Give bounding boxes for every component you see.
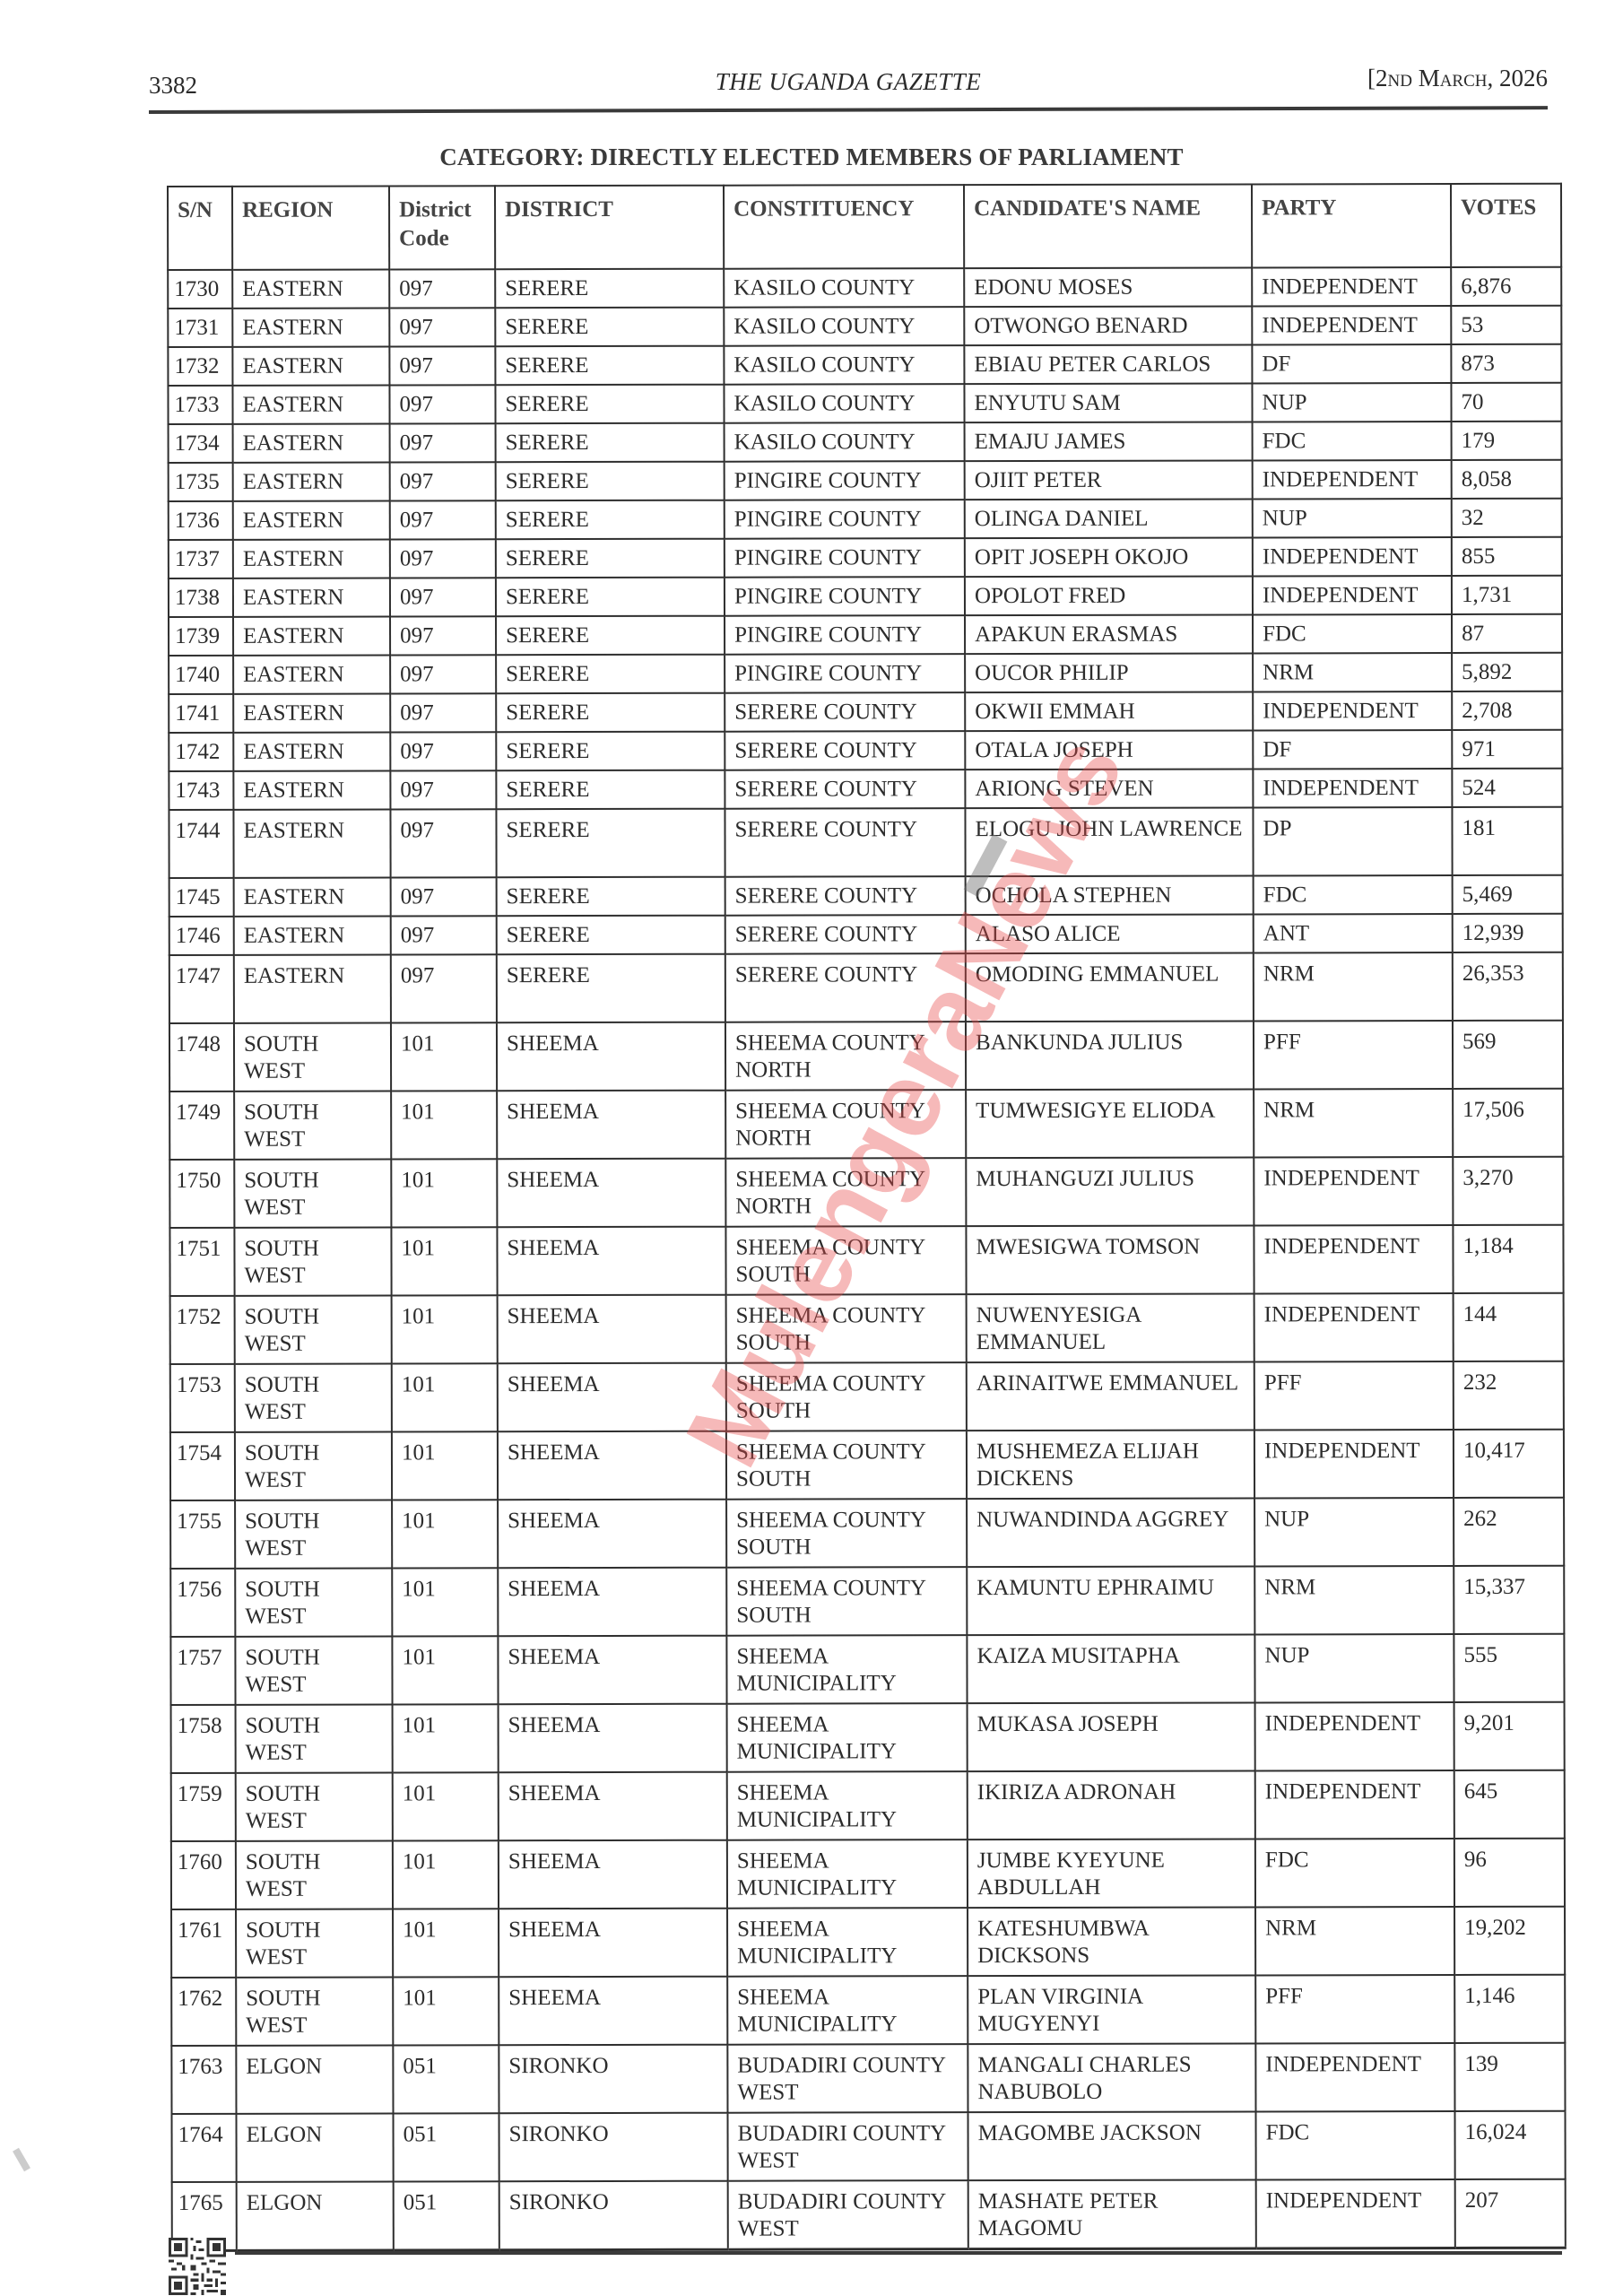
candidate-name-cell: MUHANGUZI JULIUS	[966, 1157, 1254, 1226]
serial-number-cell: 1746	[169, 917, 234, 955]
column-header: PARTY	[1252, 184, 1451, 267]
serial-number-cell: 1740	[169, 656, 233, 694]
votes-cell: 8,058	[1452, 460, 1562, 499]
table-row: 1730EASTERN097SEREREKASILO COUNTYEDONU M…	[168, 267, 1561, 309]
issue-date-bracket: [	[1367, 65, 1376, 91]
candidate-name-cell: MASHATE PETER MAGOMU	[968, 2179, 1256, 2248]
table-row: 1745EASTERN097SERERESERERE COUNTYOCHOLA …	[169, 875, 1563, 917]
constituency-cell: SHEEMA COUNTY NORTH	[725, 1022, 966, 1091]
votes-cell: 645	[1454, 1770, 1565, 1839]
serial-number-cell: 1732	[168, 347, 232, 386]
constituency-cell: SHEEMA COUNTY SOUTH	[726, 1431, 967, 1500]
district-cell: SHEEMA	[498, 1363, 726, 1432]
party-cell: INDEPENDENT	[1253, 576, 1452, 614]
constituency-cell: SHEEMA COUNTY SOUTH	[726, 1499, 967, 1568]
votes-cell: 15,337	[1454, 1566, 1564, 1634]
constituency-cell: KASILO COUNTY	[724, 307, 964, 346]
column-header: CONSTITUENCY	[724, 185, 964, 269]
category-title: CATEGORY: DIRECTLY ELECTED MEMBERS OF PA…	[0, 143, 1623, 171]
district-code-cell: 101	[392, 1363, 498, 1431]
votes-cell: 3,270	[1453, 1157, 1563, 1225]
candidate-name-cell: BANKUNDA JULIUS	[966, 1021, 1254, 1090]
votes-cell: 70	[1451, 383, 1561, 422]
table-row: 1731EASTERN097SEREREKASILO COUNTYOTWONGO…	[168, 306, 1561, 347]
votes-cell: 179	[1452, 422, 1562, 460]
serial-number-cell: 1758	[171, 1705, 236, 1773]
candidate-name-cell: OJIIT PETER	[965, 460, 1253, 500]
district-code-cell: 101	[391, 1159, 497, 1227]
party-cell: DF	[1253, 730, 1452, 769]
district-code-cell: 097	[389, 269, 495, 308]
party-cell: FDC	[1253, 422, 1452, 460]
candidate-name-cell: ARINAITWE EMMANUEL	[967, 1361, 1254, 1431]
district-code-cell: 097	[391, 877, 497, 916]
region-cell: EASTERN	[232, 269, 389, 308]
votes-cell: 19,202	[1454, 1907, 1565, 1975]
district-code-cell: 097	[389, 385, 495, 423]
district-cell: SERERE	[495, 346, 724, 386]
district-cell: SHEEMA	[498, 1568, 726, 1637]
votes-cell: 32	[1452, 499, 1562, 537]
table-row: 1757SOUTH WEST101SHEEMASHEEMA MUNICIPALI…	[170, 1634, 1564, 1705]
serial-number-cell: 1731	[168, 309, 232, 347]
votes-cell: 17,506	[1453, 1089, 1563, 1157]
candidate-name-cell: OUCOR PHILIP	[965, 653, 1253, 692]
region-cell: EASTERN	[234, 877, 391, 916]
serial-number-cell: 1763	[171, 2046, 236, 2114]
party-cell: INDEPENDENT	[1253, 691, 1452, 730]
region-cell: EASTERN	[233, 423, 390, 462]
issue-date-day: 2nd	[1376, 65, 1412, 91]
serial-number-cell: 1752	[170, 1296, 235, 1364]
district-code-cell: 051	[393, 2045, 499, 2113]
region-cell: SOUTH WEST	[234, 1159, 391, 1227]
constituency-cell: SHEEMA MUNICIPALITY	[727, 1976, 968, 2045]
district-cell: SHEEMA	[498, 1500, 726, 1569]
district-code-cell: 097	[390, 616, 496, 655]
votes-cell: 873	[1451, 344, 1561, 383]
candidate-name-cell: MUSHEMEZA ELIJAH DICKENS	[967, 1430, 1254, 1499]
district-cell: SERERE	[497, 877, 725, 917]
party-cell: PFF	[1254, 1021, 1453, 1089]
party-cell: INDEPENDENT	[1255, 1770, 1454, 1839]
votes-cell: 1,146	[1454, 1975, 1565, 2043]
table-row: 1751SOUTH WEST101SHEEMASHEEMA COUNTY SOU…	[169, 1225, 1563, 1296]
district-cell: SERERE	[497, 954, 725, 1023]
candidate-name-cell: OPOLOT FRED	[965, 576, 1253, 615]
district-code-cell: 097	[390, 539, 496, 578]
party-cell: INDEPENDENT	[1253, 537, 1452, 576]
party-cell: PFF	[1254, 1361, 1454, 1430]
party-cell: NRM	[1254, 952, 1453, 1021]
serial-number-cell: 1760	[171, 1841, 236, 1909]
votes-cell: 12,939	[1453, 914, 1563, 952]
column-header: CANDIDATE'S NAME	[964, 184, 1252, 268]
district-code-cell: 101	[393, 1909, 499, 1977]
candidate-name-cell: OTALA JOSEPH	[965, 730, 1253, 770]
serial-number-cell: 1742	[169, 733, 233, 771]
candidate-name-cell: MAGOMBE JACKSON	[968, 2111, 1256, 2180]
table-row: 1735EASTERN097SEREREPINGIRE COUNTYOJIIT …	[169, 460, 1562, 501]
candidate-name-cell: KAIZA MUSITAPHA	[967, 1634, 1254, 1703]
table-row: 1765ELGON051SIRONKOBUDADIRI COUNTY WESTM…	[172, 2179, 1566, 2251]
candidate-name-cell: MUKASA JOSEPH	[968, 1702, 1255, 1771]
district-code-cell: 097	[390, 655, 496, 693]
district-cell: SERERE	[496, 462, 725, 501]
table-row: 1734EASTERN097SEREREKASILO COUNTYEMAJU J…	[169, 422, 1562, 463]
region-cell: ELGON	[237, 2181, 394, 2250]
constituency-cell: PINGIRE COUNTY	[725, 654, 965, 693]
region-cell: SOUTH WEST	[235, 1500, 392, 1568]
region-cell: SOUTH WEST	[236, 1772, 393, 1840]
party-cell: NRM	[1255, 1907, 1454, 1975]
district-cell: SIRONKO	[499, 2113, 728, 2182]
table-row: 1746EASTERN097SERERESERERE COUNTYALASO A…	[169, 914, 1563, 955]
serial-number-cell: 1735	[169, 463, 233, 501]
region-cell: EASTERN	[233, 500, 390, 539]
votes-cell: 9,201	[1454, 1702, 1565, 1770]
serial-number-cell: 1759	[171, 1773, 236, 1841]
constituency-cell: SHEEMA MUNICIPALITY	[727, 1771, 968, 1840]
district-code-cell: 097	[390, 732, 496, 770]
district-cell: SERERE	[496, 655, 725, 694]
table-row: 1739EASTERN097SEREREPINGIRE COUNTYAPAKUN…	[169, 614, 1562, 656]
candidate-name-cell: KATESHUMBWA DICKSONS	[968, 1907, 1255, 1976]
district-cell: SERERE	[496, 578, 725, 617]
district-code-cell: 097	[390, 770, 496, 809]
district-cell: SHEEMA	[497, 1159, 725, 1228]
region-cell: SOUTH WEST	[234, 1091, 391, 1159]
table-row: 1754SOUTH WEST101SHEEMASHEEMA COUNTY SOU…	[170, 1430, 1564, 1500]
serial-number-cell: 1737	[169, 540, 233, 578]
issue-date-year: 2026	[1499, 65, 1548, 91]
district-code-cell: 101	[392, 1295, 498, 1363]
serial-number-cell: 1761	[171, 1909, 236, 1978]
serial-number-cell: 1748	[169, 1023, 234, 1091]
party-cell: INDEPENDENT	[1254, 1157, 1453, 1225]
district-code-cell: 101	[392, 1636, 498, 1704]
district-cell: SERERE	[496, 616, 725, 656]
district-code-cell: 097	[390, 809, 496, 877]
constituency-cell: BUDADIRI COUNTY WEST	[728, 2180, 968, 2249]
district-code-cell: 097	[390, 423, 496, 462]
region-cell: EASTERN	[233, 732, 390, 770]
district-cell: SERERE	[497, 916, 725, 955]
votes-cell: 971	[1452, 730, 1562, 769]
constituency-cell: SHEEMA MUNICIPALITY	[727, 1703, 968, 1772]
district-cell: SHEEMA	[497, 1091, 725, 1160]
constituency-cell: SHEEMA MUNICIPALITY	[726, 1635, 967, 1704]
district-cell: SHEEMA	[498, 1431, 726, 1500]
region-cell: EASTERN	[233, 539, 390, 578]
constituency-cell: BUDADIRI COUNTY WEST	[727, 2044, 968, 2113]
constituency-cell: SERERE COUNTY	[725, 953, 966, 1022]
candidate-name-cell: ARIONG STEVEN	[965, 769, 1253, 808]
table-row: 1748SOUTH WEST101SHEEMASHEEMA COUNTY NOR…	[169, 1021, 1563, 1091]
page-header: 3382 THE UGANDA GAZETTE [2nd March, 2026	[149, 72, 1548, 108]
serial-number-cell: 1749	[169, 1091, 234, 1160]
qr-code-icon	[169, 2238, 226, 2295]
party-cell: INDEPENDENT	[1255, 2043, 1454, 2111]
candidate-name-cell: ENYUTU SAM	[964, 383, 1252, 422]
candidate-name-cell: OTWONGO BENARD	[964, 306, 1252, 345]
votes-cell: 16,024	[1454, 2111, 1565, 2179]
serial-number-cell: 1754	[170, 1432, 235, 1500]
district-code-cell: 097	[391, 916, 497, 954]
table-row: 1740EASTERN097SEREREPINGIRE COUNTYOUCOR …	[169, 653, 1562, 694]
serial-number-cell: 1736	[169, 501, 233, 540]
serial-number-cell: 1734	[169, 424, 233, 463]
district-cell: SHEEMA	[499, 1840, 727, 1909]
column-header: DISTRICT	[495, 186, 724, 270]
region-cell: ELGON	[237, 2113, 394, 2181]
serial-number-cell: 1730	[168, 270, 232, 309]
district-code-cell: 097	[390, 693, 496, 732]
district-cell: SERERE	[496, 500, 725, 540]
district-code-cell: 051	[394, 2113, 499, 2181]
serial-number-cell: 1743	[169, 771, 233, 810]
district-cell: SERERE	[495, 308, 724, 347]
region-cell: SOUTH WEST	[236, 1704, 393, 1772]
candidate-name-cell: OCHOLA STEPHEN	[966, 875, 1254, 915]
table-row: 1756SOUTH WEST101SHEEMASHEEMA COUNTY SOU…	[170, 1566, 1564, 1637]
table-row: 1763ELGON051SIRONKOBUDADIRI COUNTY WESTM…	[171, 2043, 1565, 2114]
district-code-cell: 101	[392, 1431, 498, 1500]
district-code-cell: 097	[391, 954, 497, 1022]
constituency-cell: SERERE COUNTY	[725, 808, 965, 877]
region-cell: EASTERN	[233, 809, 390, 877]
district-cell: SHEEMA	[499, 1909, 727, 1978]
district-code-cell: 101	[391, 1091, 497, 1159]
candidate-name-cell: ALASO ALICE	[966, 914, 1254, 953]
serial-number-cell: 1745	[169, 878, 234, 917]
party-cell: INDEPENDENT	[1256, 2179, 1455, 2248]
candidate-name-cell: KAMUNTU EPHRAIMU	[967, 1566, 1254, 1635]
column-header: VOTES	[1451, 184, 1561, 267]
votes-cell: 524	[1452, 769, 1562, 807]
table-row: 1741EASTERN097SERERESERERE COUNTYOKWII E…	[169, 691, 1562, 733]
region-cell: EASTERN	[233, 770, 390, 809]
region-cell: SOUTH WEST	[235, 1295, 392, 1363]
votes-cell: 1,731	[1452, 576, 1562, 614]
district-code-cell: 101	[393, 1840, 499, 1909]
party-cell: INDEPENDENT	[1254, 1293, 1454, 1361]
votes-cell: 1,184	[1453, 1225, 1563, 1293]
region-cell: SOUTH WEST	[234, 1227, 391, 1295]
publication-title: THE UGANDA GAZETTE	[149, 68, 1548, 96]
candidate-name-cell: EDONU MOSES	[964, 267, 1252, 307]
district-code-cell: 101	[393, 1704, 499, 1772]
region-cell: SOUTH WEST	[235, 1568, 392, 1636]
constituency-cell: SERERE COUNTY	[725, 770, 965, 809]
constituency-cell: SHEEMA COUNTY SOUTH	[726, 1362, 967, 1431]
region-cell: SOUTH WEST	[234, 1022, 391, 1091]
table-row: 1752SOUTH WEST101SHEEMASHEEMA COUNTY SOU…	[170, 1293, 1564, 1364]
column-header: S/N	[168, 187, 232, 270]
serial-number-cell: 1755	[170, 1500, 235, 1569]
votes-cell: 139	[1454, 2043, 1565, 2111]
votes-cell: 26,353	[1453, 952, 1563, 1021]
party-cell: NRM	[1253, 653, 1452, 691]
district-cell: SERERE	[496, 693, 725, 733]
party-cell: NUP	[1254, 1634, 1454, 1702]
district-code-cell: 097	[390, 462, 496, 500]
party-cell: NUP	[1253, 499, 1452, 537]
votes-cell: 181	[1452, 807, 1562, 875]
table-row: 1764ELGON051SIRONKOBUDADIRI COUNTY WESTM…	[172, 2111, 1566, 2182]
constituency-cell: SERERE COUNTY	[725, 876, 966, 916]
candidate-name-cell: OMODING EMMANUEL	[966, 952, 1254, 1022]
district-code-cell: 097	[389, 308, 495, 346]
region-cell: EASTERN	[233, 616, 390, 655]
district-cell: SHEEMA	[499, 1977, 727, 2046]
serial-number-cell: 1753	[170, 1364, 235, 1432]
party-cell: INDEPENDENT	[1253, 460, 1452, 499]
party-cell: PFF	[1255, 1975, 1454, 2043]
party-cell: NUP	[1254, 1498, 1454, 1566]
candidate-name-cell: OKWII EMMAH	[965, 691, 1253, 731]
district-code-cell: 101	[392, 1568, 498, 1636]
column-header: REGION	[232, 186, 389, 269]
district-cell: SHEEMA	[498, 1295, 726, 1364]
region-cell: EASTERN	[233, 578, 390, 616]
candidate-name-cell: JUMBE KYEYUNE ABDULLAH	[968, 1839, 1255, 1908]
district-code-cell: 097	[390, 500, 496, 539]
district-code-cell: 051	[394, 2181, 499, 2250]
candidate-name-cell: TUMWESIGYE ELIODA	[966, 1089, 1254, 1158]
district-cell: SHEEMA	[497, 1022, 725, 1091]
table-row: 1732EASTERN097SEREREKASILO COUNTYEBIAU P…	[168, 344, 1561, 386]
party-cell: NRM	[1254, 1566, 1454, 1634]
district-code-cell: 101	[393, 1977, 499, 2045]
party-cell: INDEPENDENT	[1253, 769, 1452, 807]
district-code-cell: 101	[391, 1022, 497, 1091]
candidate-name-cell: NUWENYESIGA EMMANUEL	[967, 1293, 1254, 1362]
table-row: 1737EASTERN097SEREREPINGIRE COUNTYOPIT J…	[169, 537, 1562, 578]
party-cell: NRM	[1254, 1089, 1453, 1157]
votes-cell: 555	[1454, 1634, 1564, 1702]
region-cell: SOUTH WEST	[236, 1840, 393, 1909]
candidate-name-cell: PLAN VIRGINIA MUGYENYI	[968, 1975, 1255, 2044]
serial-number-cell: 1747	[169, 955, 234, 1023]
table-row: 1759SOUTH WEST101SHEEMASHEEMA MUNICIPALI…	[171, 1770, 1565, 1841]
table-row: 1744EASTERN097SERERESERERE COUNTYELOGU J…	[169, 807, 1562, 878]
table-row: 1736EASTERN097SEREREPINGIRE COUNTYOLINGA…	[169, 499, 1562, 540]
district-cell: SIRONKO	[499, 2045, 727, 2114]
votes-cell: 87	[1452, 614, 1562, 653]
party-cell: FDC	[1256, 2111, 1455, 2179]
constituency-cell: KASILO COUNTY	[724, 268, 964, 308]
table-body: 1730EASTERN097SEREREKASILO COUNTYEDONU M…	[168, 267, 1566, 2251]
table-row: 1738EASTERN097SEREREPINGIRE COUNTYOPOLOT…	[169, 576, 1562, 617]
party-cell: FDC	[1254, 875, 1453, 914]
serial-number-cell: 1741	[169, 694, 233, 733]
party-cell: INDEPENDENT	[1252, 267, 1451, 306]
votes-cell: 53	[1451, 306, 1561, 344]
candidate-name-cell: NUWANDINDA AGGREY	[967, 1498, 1254, 1567]
votes-cell: 5,469	[1453, 875, 1563, 914]
constituency-cell: PINGIRE COUNTY	[725, 500, 965, 539]
table-row: 1749SOUTH WEST101SHEEMASHEEMA COUNTY NOR…	[169, 1089, 1563, 1160]
region-cell: SOUTH WEST	[235, 1431, 392, 1500]
votes-cell: 855	[1452, 537, 1562, 576]
issue-date-month: March,	[1419, 65, 1494, 91]
region-cell: SOUTH WEST	[236, 1909, 393, 1977]
constituency-cell: SHEEMA COUNTY NORTH	[725, 1090, 966, 1159]
region-cell: EASTERN	[234, 954, 391, 1022]
region-cell: EASTERN	[232, 385, 389, 423]
constituency-cell: SERERE COUNTY	[725, 915, 966, 954]
table-row: 1762SOUTH WEST101SHEEMASHEEMA MUNICIPALI…	[171, 1975, 1565, 2046]
serial-number-cell: 1739	[169, 617, 233, 656]
serial-number-cell: 1757	[170, 1637, 235, 1705]
constituency-cell: SHEEMA MUNICIPALITY	[727, 1839, 968, 1909]
constituency-cell: PINGIRE COUNTY	[725, 615, 965, 655]
votes-cell: 262	[1454, 1498, 1564, 1566]
party-cell: FDC	[1255, 1839, 1454, 1907]
candidate-name-cell: ELOGU JOHN LAWRENCE	[965, 807, 1253, 876]
region-cell: EASTERN	[233, 462, 390, 500]
constituency-cell: SHEEMA COUNTY SOUTH	[726, 1294, 967, 1363]
constituency-cell: SHEEMA MUNICIPALITY	[727, 1908, 968, 1977]
party-cell: INDEPENDENT	[1254, 1430, 1454, 1498]
footer-rule	[235, 2251, 1562, 2255]
table-row: 1760SOUTH WEST101SHEEMASHEEMA MUNICIPALI…	[171, 1839, 1565, 1909]
serial-number-cell: 1751	[169, 1228, 234, 1296]
region-cell: EASTERN	[233, 655, 390, 693]
region-cell: SOUTH WEST	[235, 1636, 392, 1704]
district-cell: SERERE	[496, 809, 725, 878]
constituency-cell: PINGIRE COUNTY	[725, 461, 965, 500]
region-cell: EASTERN	[234, 916, 391, 954]
votes-cell: 569	[1453, 1021, 1563, 1089]
region-cell: EASTERN	[232, 346, 389, 385]
candidate-name-cell: EBIAU PETER CARLOS	[964, 344, 1252, 384]
district-cell: SIRONKO	[499, 2181, 728, 2250]
serial-number-cell: 1764	[172, 2114, 237, 2182]
table-row: 1758SOUTH WEST101SHEEMASHEEMA MUNICIPALI…	[171, 1702, 1565, 1773]
votes-cell: 96	[1454, 1839, 1565, 1907]
election-results-table: S/NREGIONDistrict CodeDISTRICTCONSTITUEN…	[167, 183, 1567, 2252]
serial-number-cell: 1744	[169, 810, 233, 878]
party-cell: FDC	[1253, 614, 1452, 653]
constituency-cell: KASILO COUNTY	[725, 422, 965, 462]
votes-cell: 232	[1454, 1361, 1564, 1430]
serial-number-cell: 1750	[169, 1160, 234, 1228]
district-code-cell: 097	[390, 578, 496, 616]
party-cell: INDEPENDENT	[1254, 1225, 1453, 1293]
candidate-name-cell: MANGALI CHARLES NABUBOLO	[968, 2043, 1255, 2112]
constituency-cell: KASILO COUNTY	[724, 345, 964, 385]
region-cell: SOUTH WEST	[235, 1363, 392, 1431]
candidate-name-cell: MWESIGWA TOMSON	[966, 1225, 1254, 1294]
constituency-cell: KASILO COUNTY	[724, 384, 964, 423]
party-cell: INDEPENDENT	[1255, 1702, 1454, 1770]
district-cell: SHEEMA	[499, 1704, 727, 1773]
constituency-cell: PINGIRE COUNTY	[725, 577, 965, 616]
candidate-name-cell: OPIT JOSEPH OKOJO	[965, 537, 1253, 577]
party-cell: DF	[1252, 344, 1451, 383]
scan-artifact	[13, 2148, 30, 2172]
district-code-cell: 097	[389, 346, 495, 385]
table-row: 1747EASTERN097SERERESERERE COUNTYOMODING…	[169, 952, 1563, 1023]
table-row: 1761SOUTH WEST101SHEEMASHEEMA MUNICIPALI…	[171, 1907, 1565, 1978]
district-cell: SERERE	[496, 732, 725, 771]
votes-cell: 207	[1455, 2179, 1566, 2248]
district-cell: SHEEMA	[498, 1636, 726, 1705]
region-cell: ELGON	[236, 2045, 393, 2113]
table-row: 1733EASTERN097SEREREKASILO COUNTYENYUTU …	[168, 383, 1561, 424]
